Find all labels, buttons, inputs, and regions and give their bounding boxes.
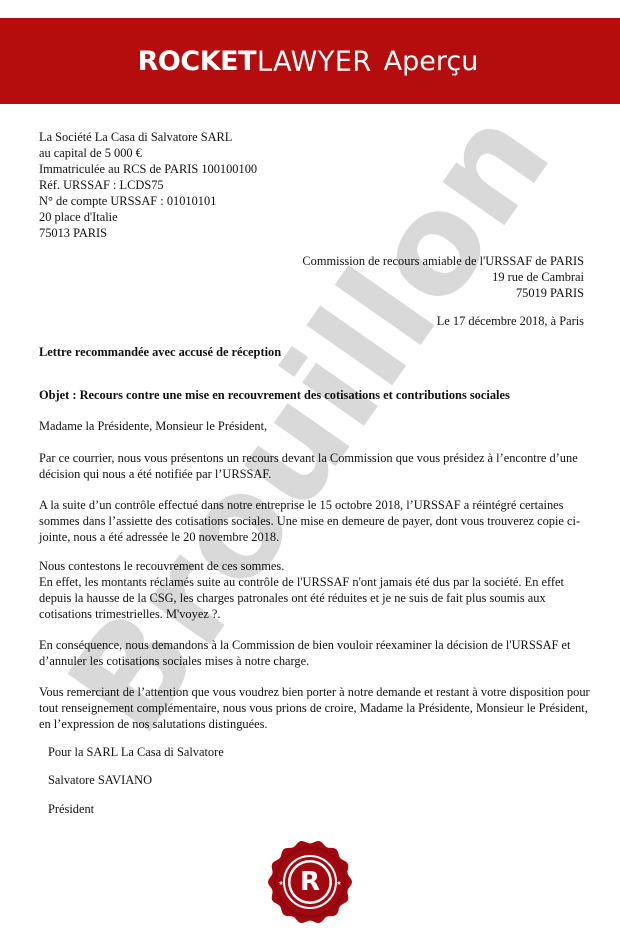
body-paragraph: Par ce courrier, nous vous présentons un…	[39, 450, 587, 482]
date-line: Le 17 décembre 2018, à Paris	[437, 313, 584, 329]
body-paragraph: En conséquence, nous demandons à la Comm…	[39, 637, 587, 669]
sender-line: au capital de 5 000 €	[39, 145, 257, 161]
sender-line: Immatriculée au RCS de PARIS 100100100	[39, 161, 257, 177]
signature-company: Pour la SARL La Casa di Salvatore	[48, 744, 224, 760]
sender-line: 75013 PARIS	[39, 225, 257, 241]
body-paragraph: Vous remerciant de l’attention que vous …	[39, 684, 587, 732]
paragraph-line: en l’expression de nos salutations disti…	[39, 716, 587, 732]
svg-text:R: R	[300, 867, 320, 897]
signature-name: Salvatore SAVIANO	[48, 772, 152, 788]
paragraph-line: jointe, nous a été adressée le 20 novemb…	[39, 529, 587, 545]
paragraph-line: sommes dans l’assiette des cotisations s…	[39, 513, 587, 529]
paragraph-line: En conséquence, nous demandons à la Comm…	[39, 637, 587, 653]
logo-rocket: ROCKET	[138, 46, 256, 77]
sender-address: La Société La Casa di Salvatore SARL au …	[39, 129, 257, 241]
paragraph-line: A la suite d’un contrôle effectué dans n…	[39, 497, 587, 513]
svg-text:★: ★	[278, 880, 283, 887]
recipient-address: Commission de recours amiable de l'URSSA…	[302, 253, 584, 301]
preview-label: Aperçu	[384, 46, 479, 77]
paragraph-line: cotisations trimestrielles. M'voyez ?.	[39, 606, 587, 622]
logo-lawyer: LAWYER	[257, 45, 372, 77]
paragraph-line: décision qui nous a été notifiée par l’U…	[39, 466, 587, 482]
body-paragraph: A la suite d’un contrôle effectué dans n…	[39, 497, 587, 545]
body-paragraph: Nous contestons le recouvrement de ces s…	[39, 558, 587, 622]
paragraph-line: depuis la hausse de la CSG, les charges …	[39, 590, 587, 606]
paragraph-line: tout renseignement complémentaire, nous …	[39, 700, 587, 716]
brand-header: ROCKET LAWYER Aperçu	[0, 18, 620, 104]
sender-line: N° de compte URSSAF : 01010101	[39, 193, 257, 209]
paragraph-line: Vous remerciant de l’attention que vous …	[39, 684, 587, 700]
paragraph-line: Nous contestons le recouvrement de ces s…	[39, 558, 587, 574]
rocketlawyer-logo: ROCKET LAWYER Aperçu	[138, 46, 479, 77]
letter-object: Objet : Recours contre une mise en recou…	[39, 387, 510, 403]
signature-title: Président	[48, 801, 94, 817]
paragraph-line: d’annuler les cotisations sociales mises…	[39, 653, 587, 669]
recipient-line: Commission de recours amiable de l'URSSA…	[302, 253, 584, 269]
sender-line: 20 place d'Italie	[39, 209, 257, 225]
rocketlawyer-seal-icon: R ★ ★	[266, 836, 354, 928]
svg-text:★: ★	[336, 880, 341, 887]
delivery-mode: Lettre recommandée avec accusé de récept…	[39, 344, 281, 360]
salutation: Madame la Présidente, Monsieur le Présid…	[39, 418, 267, 434]
paragraph-line: En effet, les montants réclamés suite au…	[39, 574, 587, 590]
recipient-line: 19 rue de Cambrai	[302, 269, 584, 285]
recipient-line: 75019 PARIS	[302, 285, 584, 301]
sender-line: La Société La Casa di Salvatore SARL	[39, 129, 257, 145]
paragraph-line: Par ce courrier, nous vous présentons un…	[39, 450, 587, 466]
sender-line: Réf. URSSAF : LCDS75	[39, 177, 257, 193]
